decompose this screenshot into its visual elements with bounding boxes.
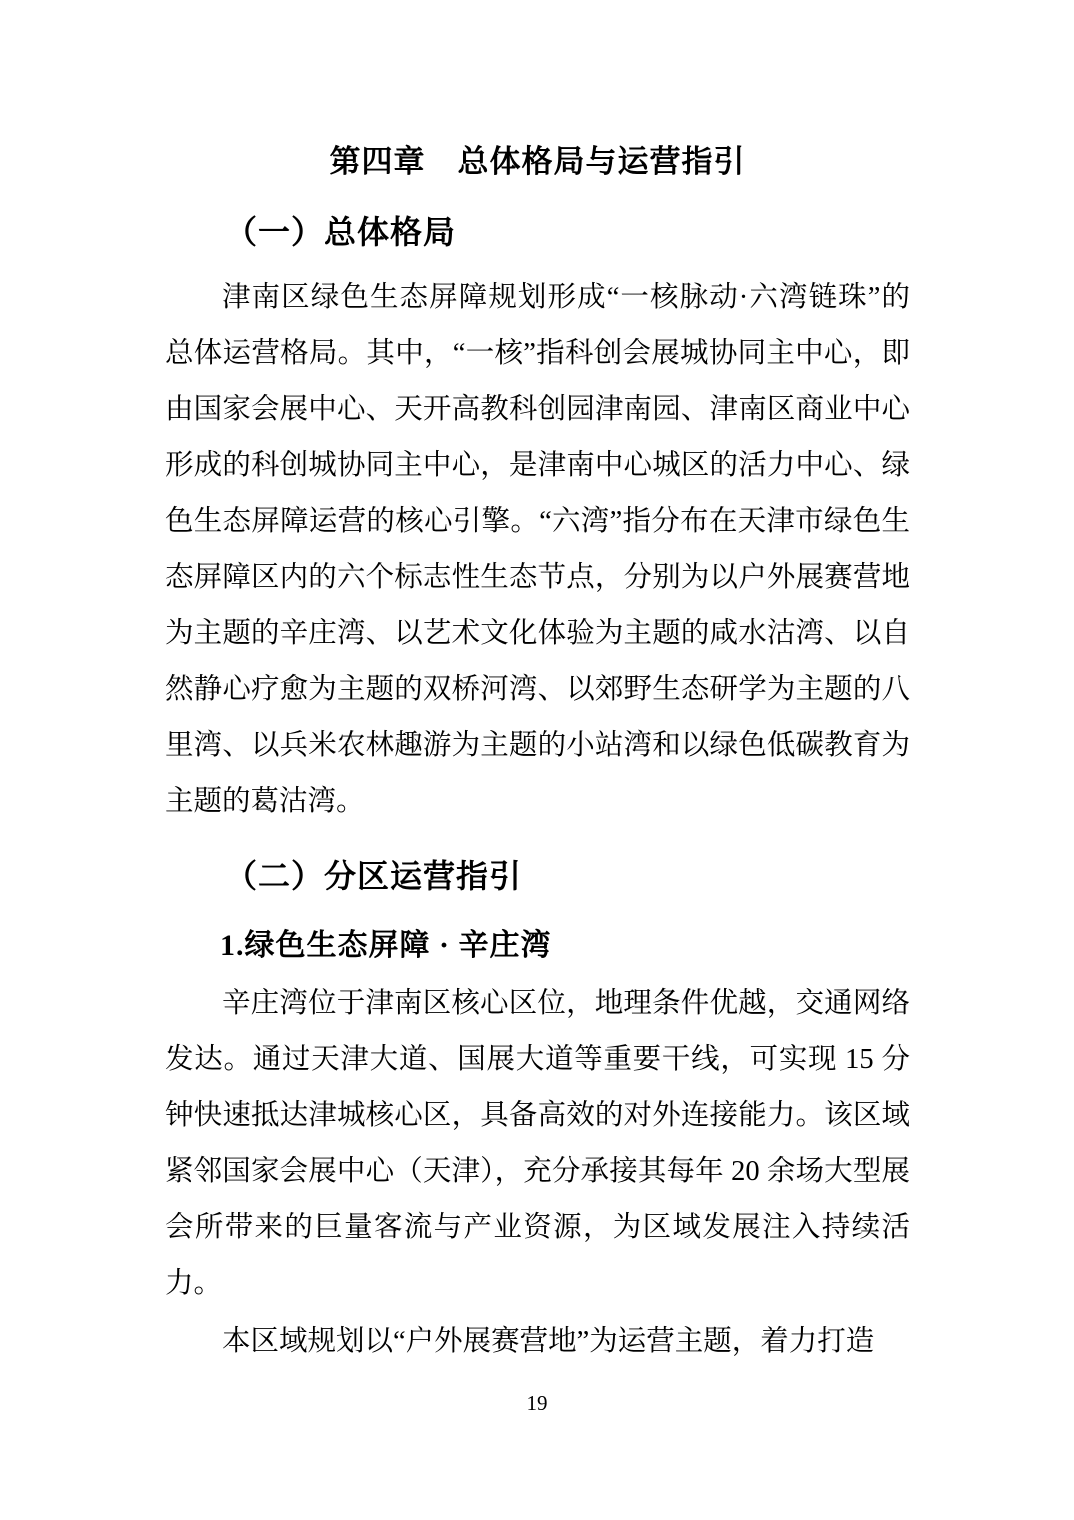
document-page: 第四章 总体格局与运营指引 （一）总体格局 津南区绿色生态屏障规划形成“一核脉动… bbox=[0, 0, 1074, 1520]
chapter-title: 第四章 总体格局与运营指引 bbox=[165, 140, 910, 184]
paragraph-xinzhuang-bay-theme: 本区域规划以“户外展赛营地”为运营主题，着力打造 bbox=[165, 1314, 910, 1370]
content-column: 第四章 总体格局与运营指引 （一）总体格局 津南区绿色生态屏障规划形成“一核脉动… bbox=[165, 0, 910, 1370]
page-number: 19 bbox=[0, 1390, 1074, 1416]
paragraph-xinzhuang-bay-location: 辛庄湾位于津南区核心区位，地理条件优越，交通网络发达。通过天津大道、国展大道等重… bbox=[165, 976, 910, 1312]
paragraph-overall-pattern: 津南区绿色生态屏障规划形成“一核脉动·六湾链珠”的总体运营格局。其中，“一核”指… bbox=[165, 270, 910, 830]
section-heading-overall-pattern: （一）总体格局 bbox=[165, 206, 910, 258]
section-heading-zone-operation-guidelines: （二）分区运营指引 bbox=[165, 850, 910, 902]
subsection-heading-xinzhuang-bay: 1.绿色生态屏障 · 辛庄湾 bbox=[165, 920, 910, 972]
